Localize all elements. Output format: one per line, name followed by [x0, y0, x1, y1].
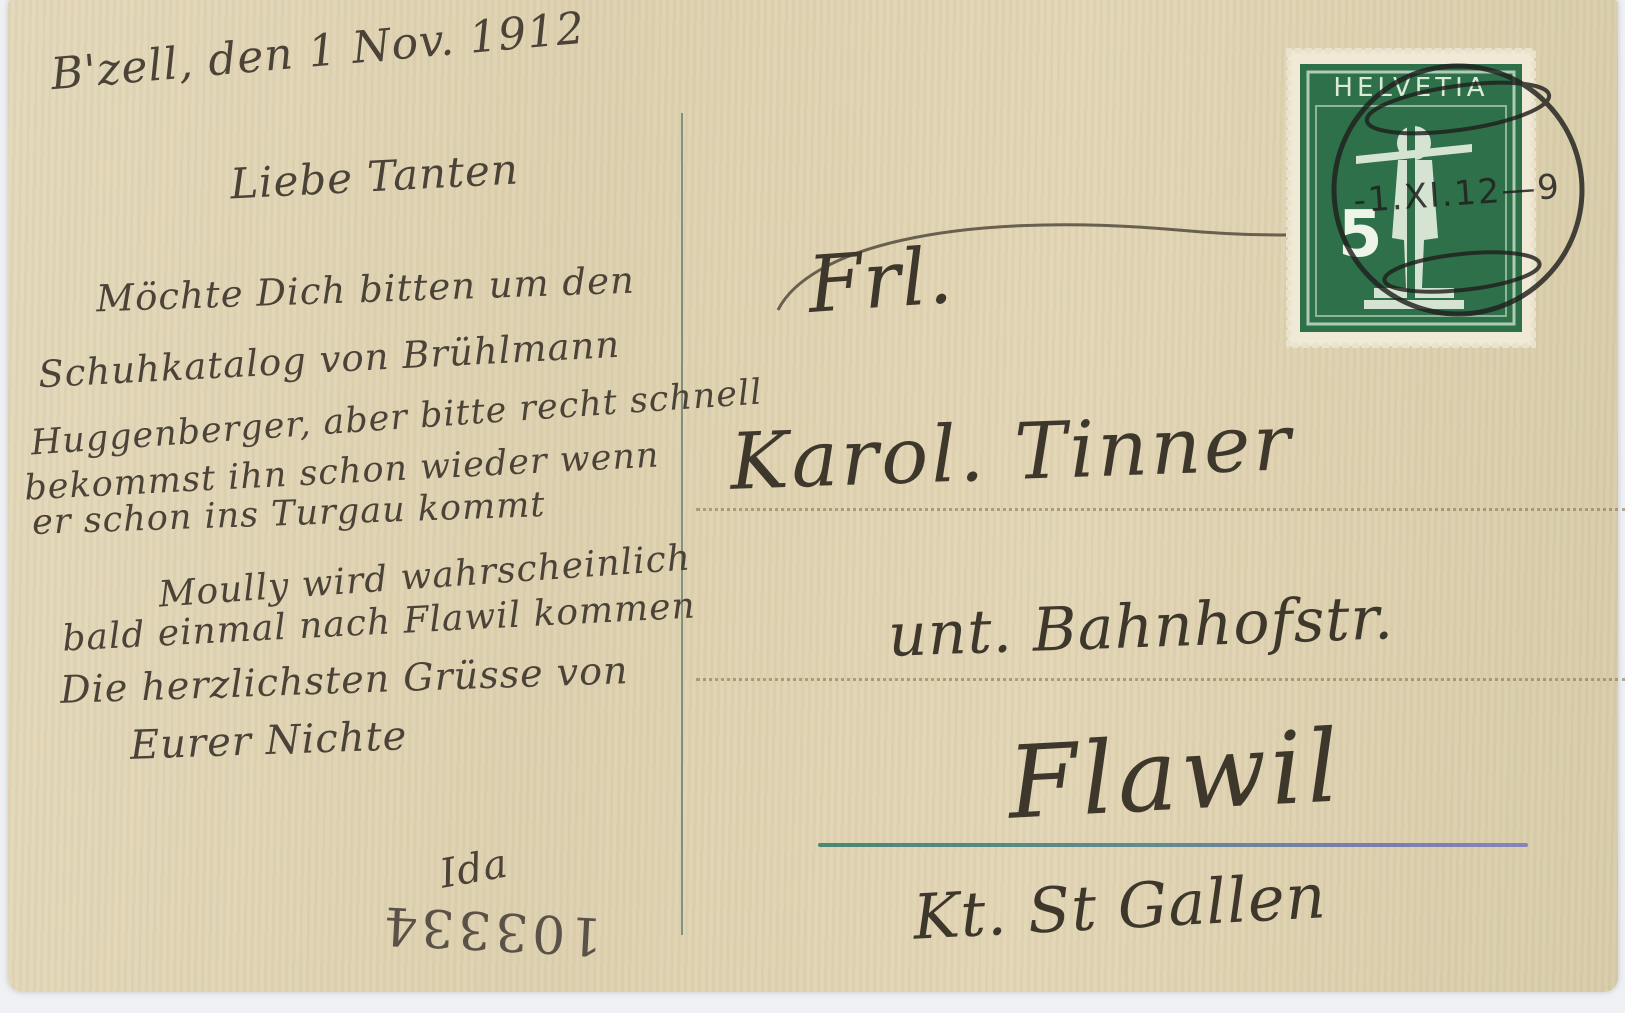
address-title: Frl.: [805, 231, 956, 331]
addressee-name: Karol. Tinner: [729, 398, 1295, 508]
town-line: Flawil: [1005, 707, 1345, 841]
canton-line: Kt. St Gallen: [911, 859, 1328, 954]
address-rule-1: [696, 508, 1625, 511]
divider-line: [681, 113, 683, 935]
closing-line: Die herzlichsten Grüsse von: [59, 648, 629, 712]
street-line: unt. Bahnhofstr.: [887, 583, 1395, 671]
postage-stamp: HELVETIA 5: [1286, 48, 1536, 348]
dateline: B'zell, den 1 Nov. 1912: [49, 3, 587, 101]
postcard: B'zell, den 1 Nov. 1912 Liebe Tanten Möc…: [8, 0, 1618, 992]
message-line: Möchte Dich bitten um den: [95, 259, 635, 321]
town-underline: [818, 843, 1528, 847]
address-rule-2: [696, 678, 1625, 681]
stamp-country: HELVETIA: [1333, 73, 1488, 103]
message-line: Schuhkatalog von Brühlmann: [37, 323, 621, 396]
salutation: Liebe Tanten: [229, 144, 520, 208]
stamp-value: 5: [1338, 198, 1383, 272]
signature: Ida: [437, 840, 512, 897]
closing-line: Eurer Nichte: [129, 713, 408, 769]
inventory-number: 103334: [379, 894, 604, 966]
